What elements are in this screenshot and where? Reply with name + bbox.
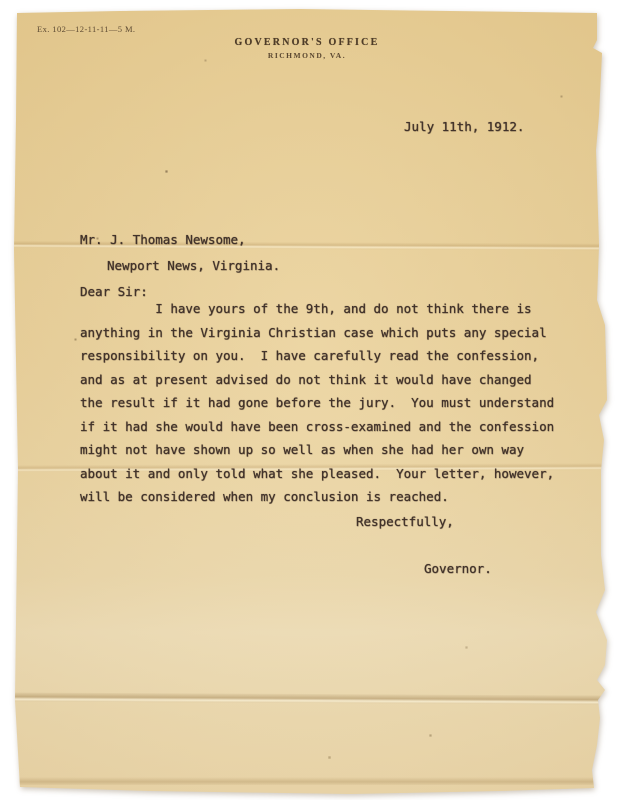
- paper-specks: [0, 0, 1, 1]
- letterhead-location: RICHMOND, VA.: [0, 51, 614, 60]
- letter-body: I have yours of the 9th, and do not thin…: [80, 297, 562, 509]
- closing: Respectfully,: [356, 510, 454, 534]
- scan-background: Ex. 102—12-11-11—5 M. GOVERNOR'S OFFICE …: [0, 0, 622, 800]
- letterhead-office: GOVERNOR'S OFFICE: [0, 37, 614, 48]
- form-number: Ex. 102—12-11-11—5 M.: [37, 24, 135, 34]
- letterhead: GOVERNOR'S OFFICE RICHMOND, VA.: [0, 37, 614, 60]
- fold-crease-bottom: [0, 692, 622, 704]
- date-line: July 11th, 1912.: [404, 115, 524, 139]
- signature-line: Governor.: [424, 557, 492, 581]
- recipient-address: Newport News, Virginia.: [107, 254, 280, 278]
- letter-page: Ex. 102—12-11-11—5 M. GOVERNOR'S OFFICE …: [0, 0, 622, 800]
- paper-shadow: Ex. 102—12-11-11—5 M. GOVERNOR'S OFFICE …: [0, 0, 622, 800]
- bottom-edge-crease: [0, 777, 622, 785]
- recipient-name: Mr. J. Thomas Newsome,: [80, 228, 246, 252]
